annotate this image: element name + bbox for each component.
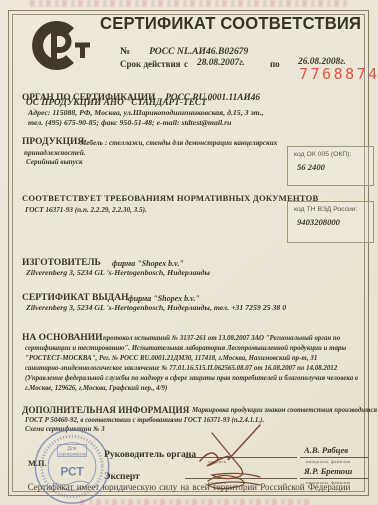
validity-label: Срок действия (120, 59, 181, 69)
tnved-code-box: код ТН ВЭД России: 9403208000 (287, 201, 374, 243)
number-label: № (120, 46, 130, 57)
manufacturer-address: Zilverenberg 3, 5234 GL 's-Hertogenbosch… (26, 269, 210, 278)
tnved-code-label: код ТН ВЭД России: (294, 206, 357, 213)
validity-from-date: 28.08.2007г. (197, 58, 245, 69)
product-line3: Серийный выпуск (26, 158, 83, 166)
basis-label: НА ОСНОВАНИИ (22, 333, 103, 344)
product-label: ПРОДУКЦИЯ (22, 137, 84, 148)
legal-validity-line: Сертификат имеет юридическую силу на все… (0, 482, 378, 492)
blank-number-stamp: 7768874 (299, 66, 378, 83)
expert-label: Эксперт (104, 471, 140, 482)
certificate-title: СЕРТИФИКАТ СООТВЕТСТВИЯ (100, 13, 361, 33)
additional-info-line1: Маркировка продукции знаком соответствия… (192, 407, 378, 415)
basis-line-5: (Управление федеральной службы по надзор… (25, 375, 358, 383)
validity-from-label: с (184, 59, 188, 69)
certification-body-contacts: тел. (495) 675-90-85; факс 950-51-48; e-… (28, 119, 232, 128)
expert-name-line (300, 477, 368, 479)
certification-body-address: Адрес: 115088, РФ, Москва, ул.Шарикоподш… (28, 109, 264, 118)
seal-text-line2: сертификатов (58, 452, 86, 457)
basis-line-2: сертификации и тестированию". Испытатель… (25, 345, 346, 353)
validity-to-label: по (270, 59, 280, 69)
tnved-code-value: 9403208000 (297, 217, 340, 227)
rst-mark-icon (29, 20, 99, 70)
product-line1: Мебель : стеллажи, стенды для демонстрац… (80, 139, 277, 147)
basis-line-1: протокол испытаний № 3137-261 от 13.08.2… (103, 335, 340, 343)
product-line2: принадлежностей. (24, 149, 86, 157)
issued-to-name: фирма "Shopex b.v." (128, 294, 200, 303)
conformity-label: СООТВЕТСТВУЕТ ТРЕБОВАНИЯМ НОРМАТИВНЫХ ДО… (22, 194, 318, 204)
expert-name: Я.Р. Бретош (304, 467, 352, 477)
basis-line-4: санитарно-эпидемиологическое заключение … (25, 365, 337, 373)
certificate-number: РОСС NL.АИ46.В02679 (149, 46, 248, 57)
head-name-hint: инициалы, фамилия (306, 459, 350, 464)
basis-line-3: "РОСТЕСТ-МОСКВА", Рег. № РОСС RU.0001.21… (25, 355, 317, 363)
top-guilloche-strip (30, 0, 350, 7)
certificate-number-row: № РОСС NL.АИ46.В02679 (120, 41, 248, 59)
conformity-standards: ГОСТ 16371-93 (п.п. 2.2.29, 2.2.30, 3.5)… (25, 206, 147, 214)
certificate-page: СЕРТИФИКАТ СООТВЕТСТВИЯ № РОСС NL.АИ46.В… (0, 0, 378, 505)
seal-place-label: М.П. (28, 459, 47, 469)
additional-info-label: ДОПОЛНИТЕЛЬНАЯ ИНФОРМАЦИЯ (22, 405, 189, 416)
head-name-line (300, 456, 368, 458)
basis-line-6: г.Москве, 129626, г.Москва, Графский пер… (25, 385, 167, 393)
manufacturer-name: фирма "Shopex b.v." (112, 259, 184, 268)
seal-rst-mark: РСТ (60, 465, 84, 479)
head-name: А.В. Рябцев (304, 446, 348, 456)
okp-code-box: код ОК 005 (ОКП): 56 2400 (287, 146, 374, 186)
okp-code-label: код ОК 005 (ОКП): (294, 151, 351, 158)
okp-code-value: 56 2400 (297, 162, 325, 172)
issued-to-address: Zilverenberg 3, 5234 GL 's-Hertogenbosch… (26, 304, 286, 313)
